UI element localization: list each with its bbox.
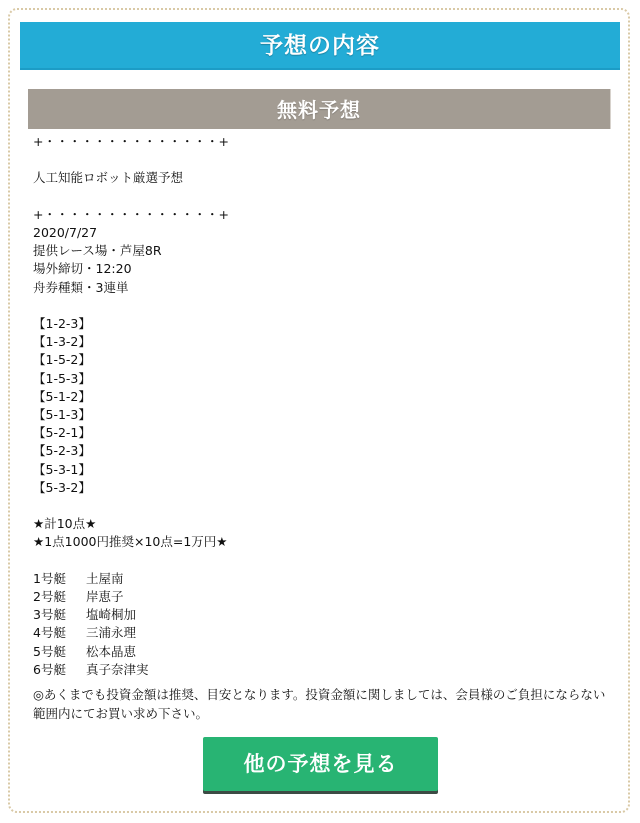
racer-row: 3号艇 塩崎桐加 [33, 606, 613, 624]
divider-top: +・・・・・・・・・・・・・・+ [33, 133, 613, 151]
section-title: 無料予想 [28, 89, 611, 129]
boat-number: 4号艇 [33, 624, 86, 642]
race-deadline: 場外締切・12:20 [33, 260, 613, 278]
bet-item: 【5-1-3】 [33, 406, 613, 424]
bet-item: 【5-3-2】 [33, 479, 613, 497]
racer-row: 4号艇 三浦永理 [33, 624, 613, 642]
divider-bottom: +・・・・・・・・・・・・・・+ [33, 206, 613, 224]
bet-total: ★計10点★ [33, 515, 613, 533]
racer-name: 岸恵子 [86, 588, 124, 606]
racer-name: 松本晶恵 [86, 643, 136, 661]
bet-item: 【5-2-1】 [33, 424, 613, 442]
bet-item: 【1-2-3】 [33, 315, 613, 333]
racer-row: 5号艇 松本晶恵 [33, 643, 613, 661]
boat-number: 1号艇 [33, 570, 86, 588]
bet-item: 【5-3-1】 [33, 461, 613, 479]
racer-name: 真子奈津実 [86, 661, 149, 679]
bet-item: 【1-5-3】 [33, 370, 613, 388]
page-title: 予想の内容 [20, 22, 620, 70]
bet-stake: ★1点1000円推奨×10点=1万円★ [33, 533, 613, 551]
boat-number: 5号艇 [33, 643, 86, 661]
bet-item: 【5-2-3】 [33, 442, 613, 460]
racer-name: 塩崎桐加 [86, 606, 136, 624]
race-date: 2020/7/27 [33, 224, 613, 242]
bet-item: 【1-5-2】 [33, 351, 613, 369]
boat-number: 6号艇 [33, 661, 86, 679]
bet-item: 【1-3-2】 [33, 333, 613, 351]
racer-row: 2号艇 岸恵子 [33, 588, 613, 606]
bet-list: 【1-2-3】 【1-3-2】 【1-5-2】 【1-5-3】 【5-1-2】 … [33, 315, 613, 497]
racer-name: 三浦永理 [86, 624, 136, 642]
racer-row: 1号艇 土屋南 [33, 570, 613, 588]
boat-number: 3号艇 [33, 606, 86, 624]
investment-notice: ◎あくまでも投資金額は推奨、目安となります。投資金額に関しましては、会員様のご負… [33, 686, 613, 723]
boat-number: 2号艇 [33, 588, 86, 606]
ticket-type: 舟券種類・3連単 [33, 279, 613, 297]
prediction-body: +・・・・・・・・・・・・・・+ 人工知能ロボット厳選予想 +・・・・・・・・・… [33, 133, 613, 679]
bet-item: 【5-1-2】 [33, 388, 613, 406]
racer-row: 6号艇 真子奈津実 [33, 661, 613, 679]
racer-name: 土屋南 [86, 570, 124, 588]
racer-list: 1号艇 土屋南 2号艇 岸恵子 3号艇 塩崎桐加 4号艇 三浦永理 5号艇 松本… [33, 570, 613, 679]
headline: 人工知能ロボット厳選予想 [33, 169, 613, 187]
race-venue: 提供レース場・芦屋8R [33, 242, 613, 260]
view-other-predictions-button[interactable]: 他の予想を見る [203, 737, 438, 791]
